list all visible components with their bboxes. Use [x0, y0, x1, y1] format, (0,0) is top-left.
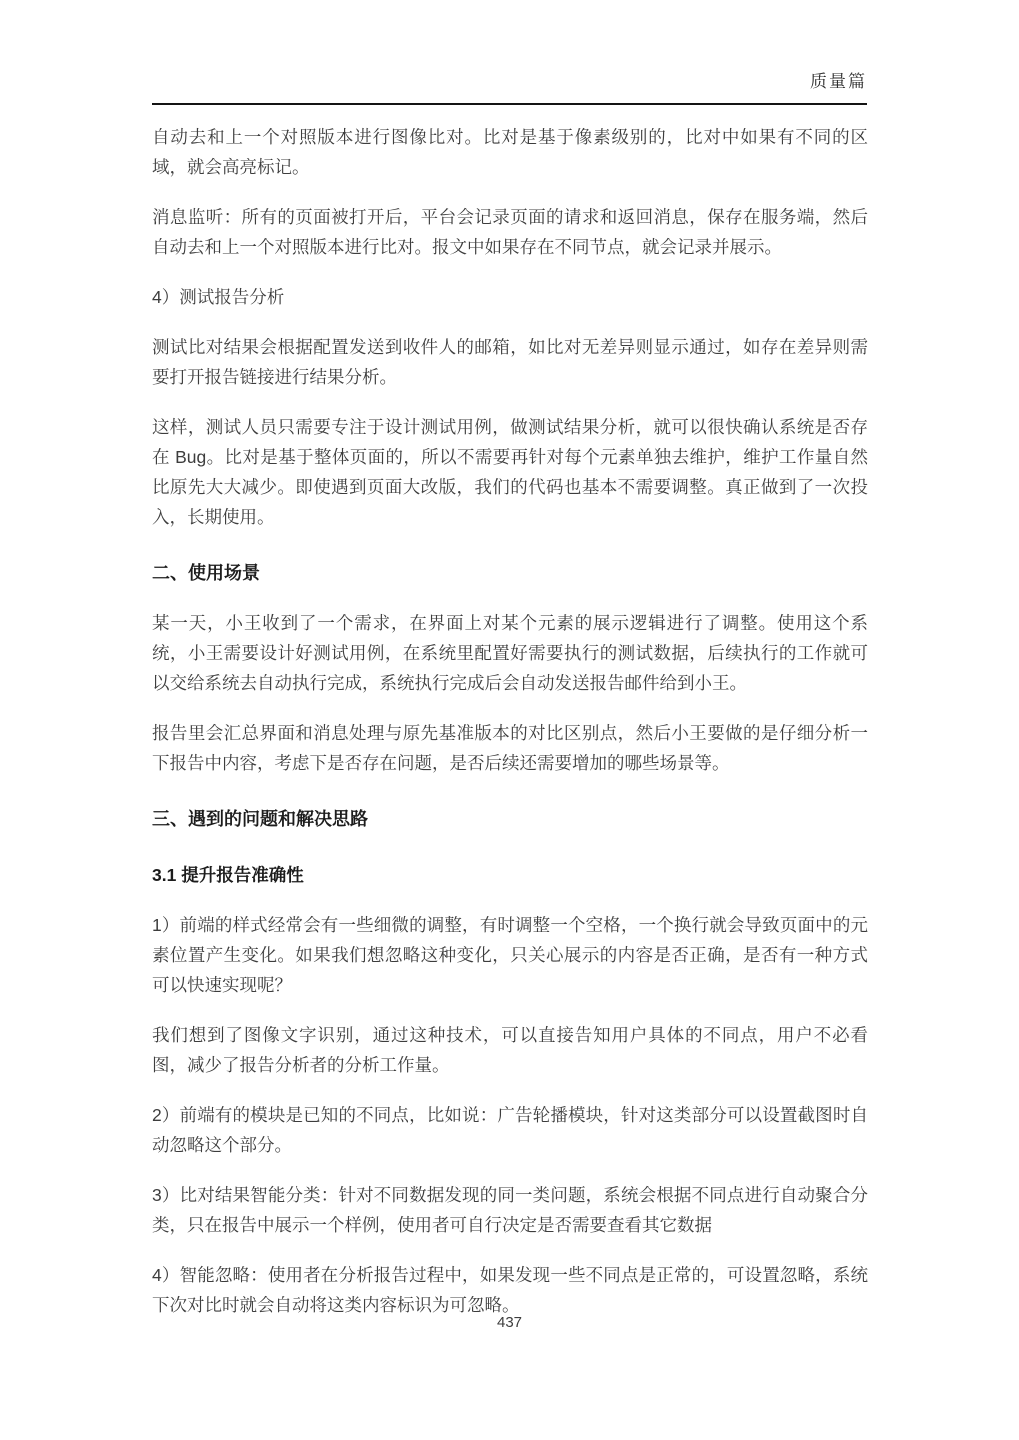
- section-heading-problems-solutions: 三、遇到的问题和解决思路: [152, 804, 868, 834]
- paragraph: 测试比对结果会根据配置发送到收件人的邮箱，如比对无差异则显示通过，如存在差异则需…: [152, 332, 868, 392]
- paragraph: 2）前端有的模块是已知的不同点，比如说：广告轮播模块，针对这类部分可以设置截图时…: [152, 1100, 868, 1160]
- document-page: 质量篇 自动去和上一个对照版本进行图像比对。比对是基于像素级别的，比对中如果有不…: [0, 0, 1019, 1440]
- paragraph: 自动去和上一个对照版本进行图像比对。比对是基于像素级别的，比对中如果有不同的区域…: [152, 122, 868, 182]
- paragraph: 报告里会汇总界面和消息处理与原先基准版本的对比区别点，然后小王要做的是仔细分析一…: [152, 718, 868, 778]
- page-body: 自动去和上一个对照版本进行图像比对。比对是基于像素级别的，比对中如果有不同的区域…: [152, 122, 868, 1340]
- paragraph: 4）测试报告分析: [152, 282, 868, 312]
- paragraph: 消息监听：所有的页面被打开后，平台会记录页面的请求和返回消息，保存在服务端，然后…: [152, 202, 868, 262]
- page-number: 437: [0, 1314, 1019, 1332]
- paragraph: 这样，测试人员只需要专注于设计测试用例，做测试结果分析，就可以很快确认系统是否存…: [152, 412, 868, 532]
- running-header-title: 质量篇: [152, 70, 867, 94]
- paragraph: 我们想到了图像文字识别，通过这种技术，可以直接告知用户具体的不同点，用户不必看图…: [152, 1020, 868, 1080]
- section-heading-usage-scenario: 二、使用场景: [152, 558, 868, 588]
- paragraph: 4）智能忽略：使用者在分析报告过程中，如果发现一些不同点是正常的，可设置忽略，系…: [152, 1260, 868, 1320]
- paragraph: 1）前端的样式经常会有一些细微的调整，有时调整一个空格，一个换行就会导致页面中的…: [152, 910, 868, 1000]
- paragraph: 3）比对结果智能分类：针对不同数据发现的同一类问题，系统会根据不同点进行自动聚合…: [152, 1180, 868, 1240]
- paragraph: 某一天，小王收到了一个需求，在界面上对某个元素的展示逻辑进行了调整。使用这个系统…: [152, 608, 868, 698]
- header-rule-divider: [152, 103, 867, 105]
- subsection-heading-report-accuracy: 3.1 提升报告准确性: [152, 860, 868, 890]
